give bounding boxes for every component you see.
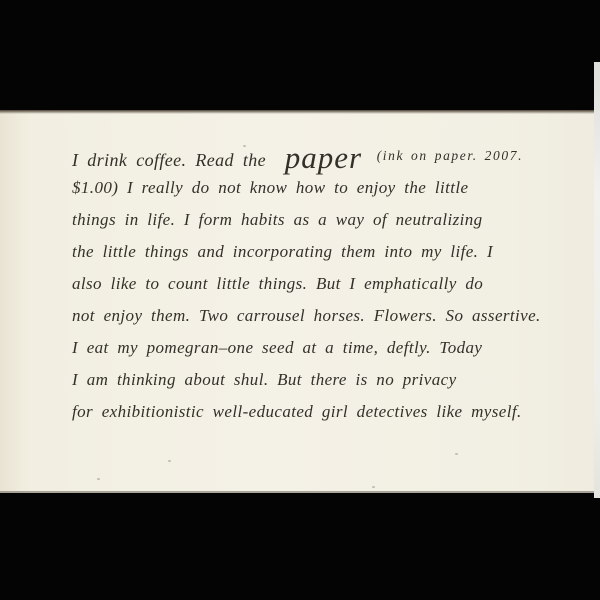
- paper-speck: [168, 460, 171, 462]
- note-line-8: I am thinking about shul. But there is n…: [72, 364, 577, 396]
- handwritten-note: I drink coffee. Read the paper (ink on p…: [72, 140, 577, 428]
- scan-edge-strip: [594, 62, 600, 498]
- note-line-6: not enjoy them. Two carrousel horses. Fl…: [72, 300, 577, 332]
- note-line-7: I eat my pomegran–one seed at a time, de…: [72, 332, 577, 364]
- paper-sheet: I drink coffee. Read the paper (ink on p…: [0, 110, 600, 493]
- note-line-3: things in life. I form habits as a way o…: [72, 204, 577, 236]
- note-line-9: for exhibitionistic well-educated girl d…: [72, 396, 577, 428]
- note-text-opening: I drink coffee. Read the: [72, 150, 266, 170]
- paper-speck: [243, 145, 246, 147]
- paper-speck: [372, 486, 375, 488]
- black-margin-bottom: [0, 493, 600, 600]
- note-line-4: the little things and incorporating them…: [72, 236, 577, 268]
- note-line-5: also like to count little things. But I …: [72, 268, 577, 300]
- note-line-1: I drink coffee. Read the paper (ink on p…: [72, 140, 577, 172]
- note-big-word-paper: paper: [285, 140, 362, 175]
- paper-speck: [455, 453, 458, 455]
- note-medium-inscription: (ink on paper. 2007.: [377, 148, 523, 163]
- note-line-2: $1.00) I really do not know how to enjoy…: [72, 172, 577, 204]
- paper-speck: [97, 478, 100, 480]
- artwork-scan: I drink coffee. Read the paper (ink on p…: [0, 0, 600, 600]
- black-margin-top: [0, 0, 600, 110]
